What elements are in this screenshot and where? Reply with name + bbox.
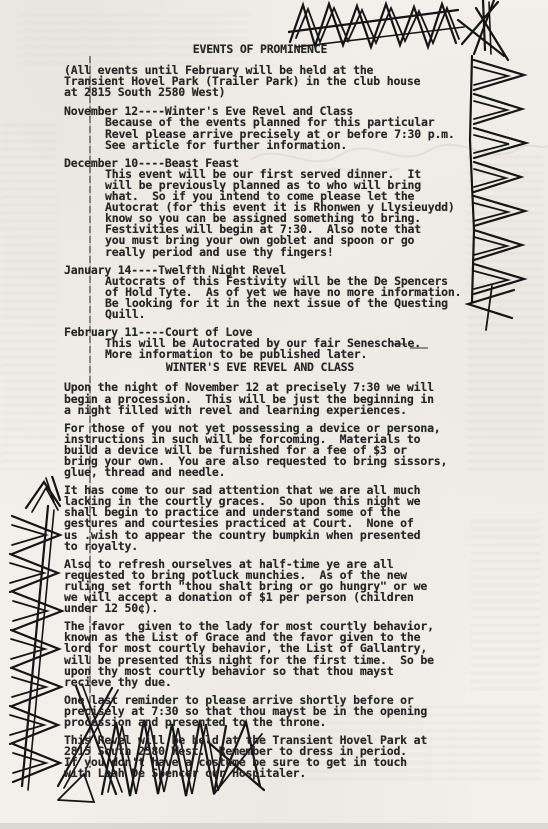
body-paragraph: This Revel will be held at the Transient…: [64, 735, 456, 779]
scan-edge-band: [0, 823, 548, 829]
body-paragraph: One last reminder to please arrive short…: [64, 695, 456, 728]
section-heading: WINTER'S EVE REVEL AND CLASS: [64, 362, 456, 373]
body-paragraph: The favor given to the lady for most cou…: [64, 621, 456, 688]
event-body: Because of the events planned for this p…: [105, 117, 456, 150]
bleedthrough-texture: [470, 520, 540, 690]
event-item: February 11----Court of Love This will b…: [64, 327, 456, 360]
event-body: This event will be our first served dinn…: [105, 169, 456, 258]
page-title: EVENTS OF PROMINENCE: [64, 44, 456, 55]
event-item: November 12----Winter's Eve Revel and Cl…: [64, 106, 456, 150]
document-text-column: EVENTS OF PROMINENCE (All events until F…: [64, 44, 456, 786]
body-paragraph: For those of you not yet possessing a de…: [64, 423, 456, 478]
body-paragraph: It has come to our sad attention that we…: [64, 485, 456, 552]
event-body: This will be Autocrated by our fair Sene…: [105, 338, 456, 360]
event-item: December 10----Beast Feast This event wi…: [64, 158, 456, 258]
body-paragraph: Also to refresh ourselves at half-time y…: [64, 559, 456, 614]
scanned-newsletter-page: { "page": { "title": "EVENTS OF PROMINEN…: [0, 0, 548, 829]
intro-paragraph: (All events until February will be held …: [64, 65, 456, 98]
bleedthrough-texture: [2, 120, 58, 470]
body-paragraph: Upon the night of November 12 at precise…: [64, 382, 456, 415]
event-item: January 14----Twelfth Night Revel Autocr…: [64, 265, 456, 320]
zigzag-border-right: [452, 0, 548, 335]
event-body: Autocrats of this Festivity will be the …: [105, 276, 456, 320]
